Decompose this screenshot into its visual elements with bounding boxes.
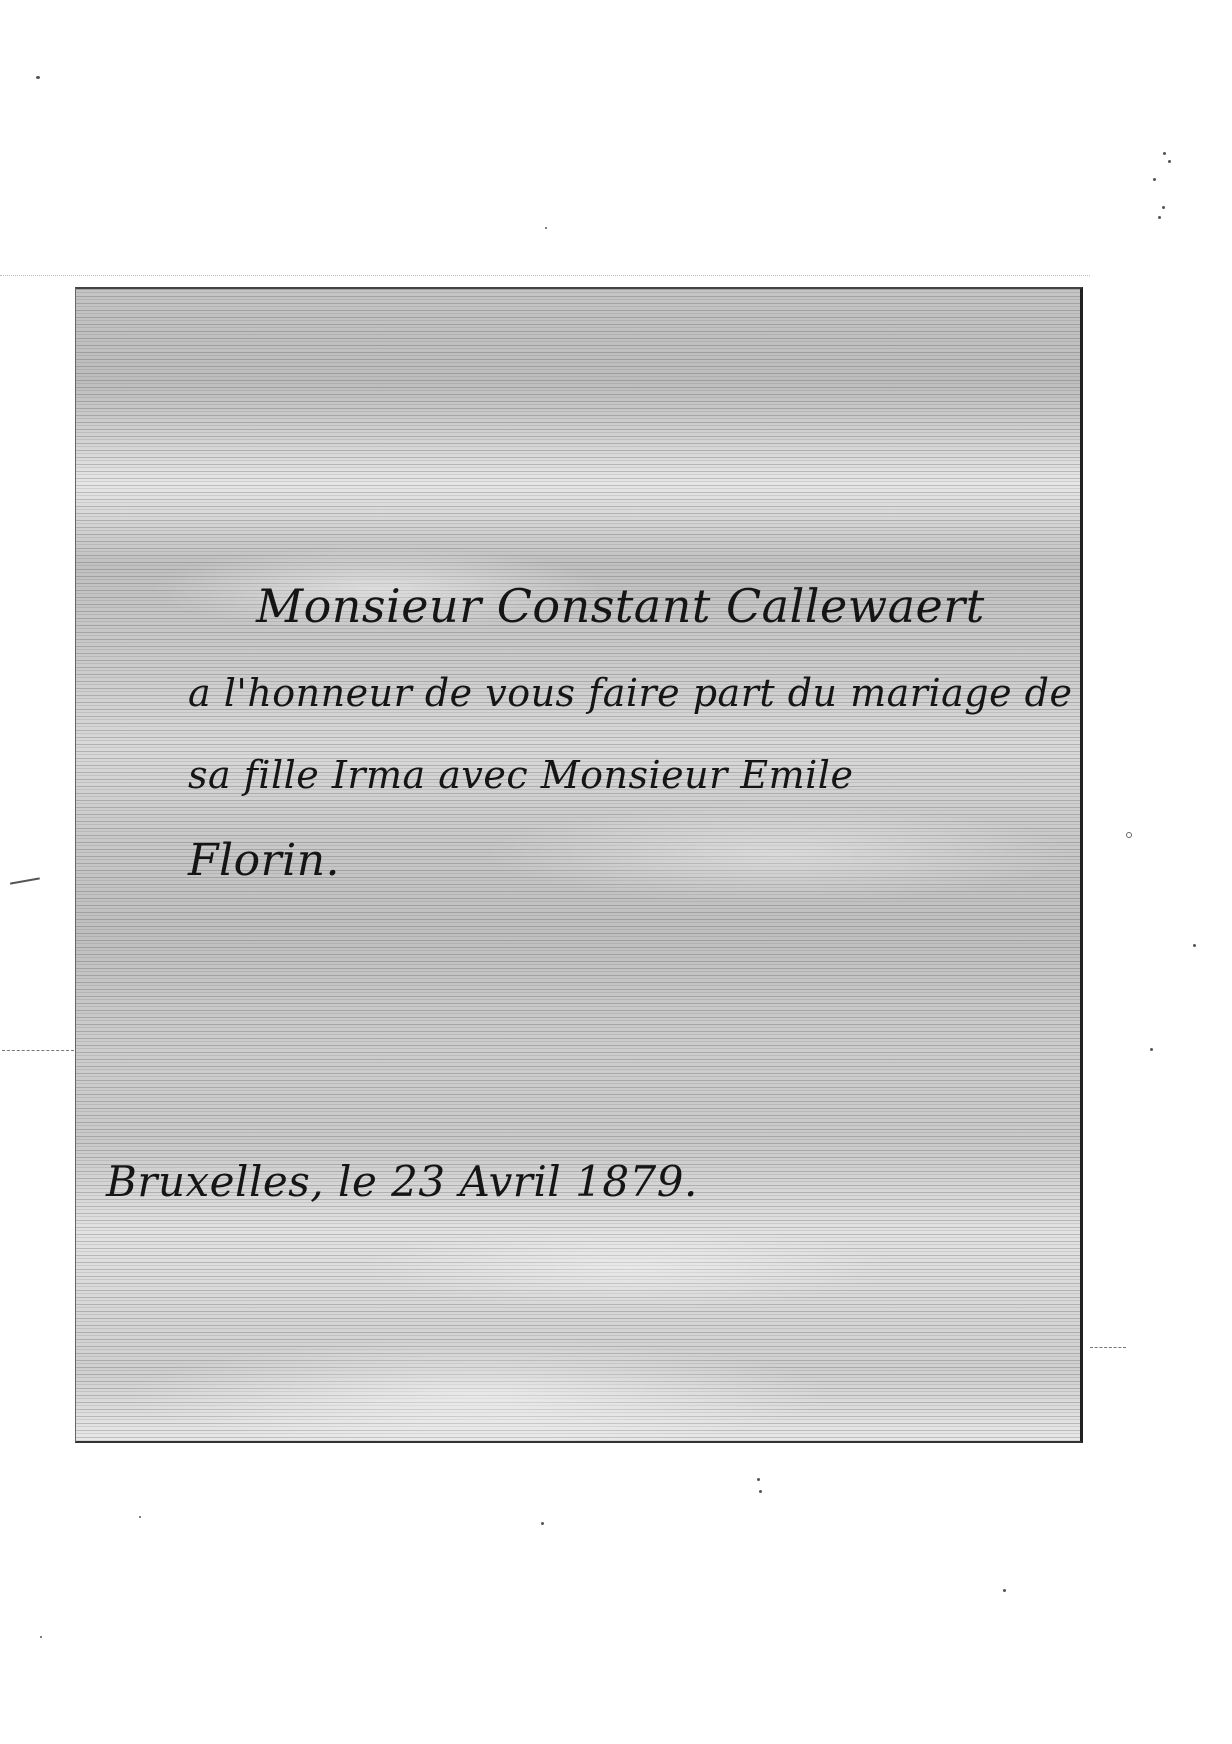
scan-speck — [139, 1516, 141, 1518]
announcement-line-3: sa fille Irma avec Monsieur Emile — [188, 753, 853, 797]
announcement-card: Monsieur Constant Callewaert a l'honneur… — [75, 287, 1083, 1443]
scan-mark — [2, 1050, 74, 1052]
announcement-line-4: Florin. — [188, 835, 340, 886]
scan-speck — [1168, 160, 1171, 163]
announcement-line-1: Monsieur Constant Callewaert — [256, 579, 985, 633]
scan-speck — [40, 1636, 42, 1638]
scan-speck — [759, 1490, 762, 1493]
scan-speck — [541, 1522, 544, 1525]
scan-speck — [757, 1478, 760, 1481]
scan-speck — [1162, 206, 1165, 209]
scan-mark — [1090, 1347, 1126, 1349]
scan-mark — [10, 877, 40, 885]
scan-speck — [1153, 178, 1156, 181]
place-and-date: Bruxelles, le 23 Avril 1879. — [106, 1157, 698, 1206]
scan-speck — [1158, 216, 1161, 219]
scan-speck — [1193, 944, 1196, 947]
scan-speck — [36, 76, 40, 79]
scanned-page: Monsieur Constant Callewaert a l'honneur… — [0, 0, 1232, 1744]
scan-speck — [1126, 832, 1132, 838]
scan-speck — [1163, 152, 1166, 155]
announcement-line-2: a l'honneur de vous faire part du mariag… — [188, 671, 1072, 715]
scan-speck — [1150, 1048, 1153, 1051]
scan-mark — [0, 275, 1090, 277]
scan-speck — [545, 227, 547, 229]
scan-speck — [1003, 1589, 1006, 1592]
